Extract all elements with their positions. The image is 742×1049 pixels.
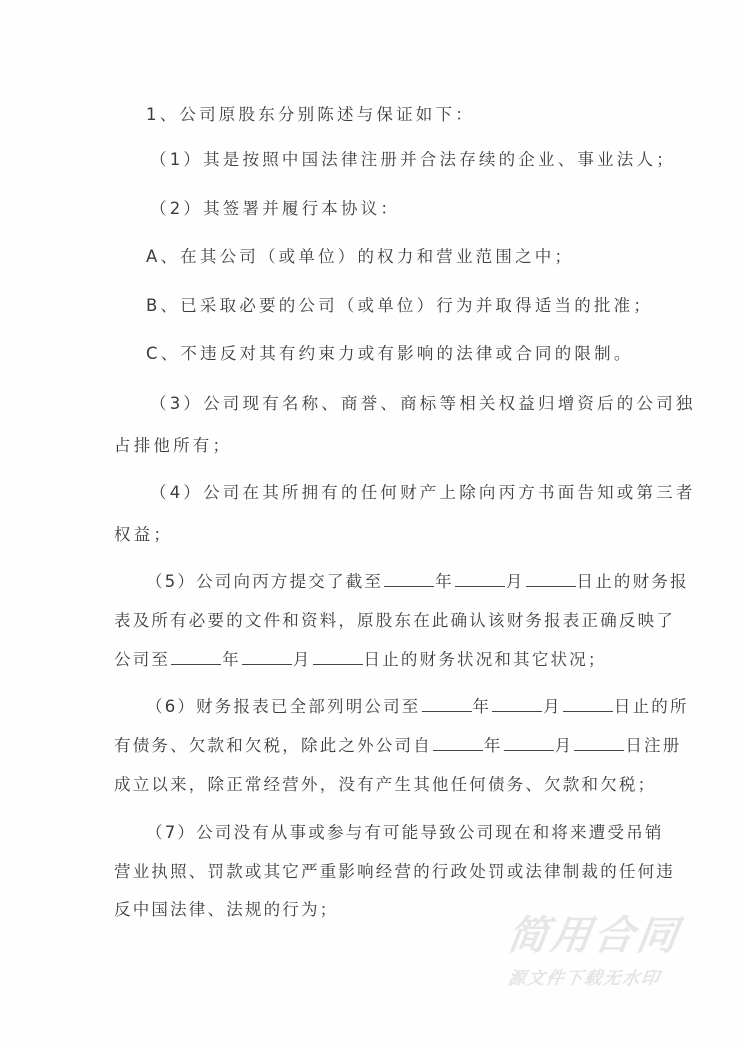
- fill-blank-month[interactable]: [455, 572, 505, 587]
- clause-text: 月: [293, 650, 312, 669]
- clause-item-2-c: C、不违反对其有约束力或有影响的法律或合同的限制。: [146, 344, 634, 364]
- clause-text: 日止的财务报: [577, 572, 689, 591]
- clause-text: （5）公司向丙方提交了截至: [146, 572, 383, 591]
- fill-blank-day[interactable]: [526, 572, 576, 587]
- clause-text: 月: [543, 697, 562, 716]
- clause-item-6-line-1: （6）财务报表已全部列明公司至年月日止的所: [146, 697, 689, 717]
- clause-text: 有债务、欠款和欠税，除此之外公司自: [114, 736, 432, 755]
- fill-blank-month[interactable]: [242, 650, 292, 665]
- clause-text: 日止的所: [614, 697, 689, 716]
- clause-text: 日止的财务状况和其它状况；: [364, 650, 607, 669]
- clause-text: （6）财务报表已全部列明公司至: [146, 697, 421, 716]
- clause-text: 年: [222, 650, 241, 669]
- clause-text: 月: [555, 736, 574, 755]
- fill-blank-year[interactable]: [422, 697, 472, 712]
- clause-text: 月: [506, 572, 525, 591]
- document-page: 1、公司原股东分别陈述与保证如下： （1）其是按照中国法律注册并合法存续的企业、…: [0, 0, 742, 1049]
- fill-blank-year[interactable]: [433, 736, 483, 751]
- clause-text: 日注册: [625, 736, 681, 755]
- clause-text: 年: [473, 697, 492, 716]
- clause-heading-1: 1、公司原股东分别陈述与保证如下：: [146, 105, 475, 125]
- fill-blank-year[interactable]: [171, 650, 221, 665]
- clause-item-7-line-1: （7）公司没有从事或参与有可能导致公司现在和将来遭受吊销: [146, 823, 664, 843]
- fill-blank-month[interactable]: [492, 697, 542, 712]
- clause-item-2: （2）其签署并履行本协议：: [150, 199, 400, 219]
- fill-blank-month[interactable]: [504, 736, 554, 751]
- clause-item-6-line-3: 成立以来，除正常经营外，没有产生其他任何债务、欠款和欠税；: [114, 775, 656, 795]
- clause-text: 年: [484, 736, 503, 755]
- fill-blank-day[interactable]: [313, 650, 363, 665]
- fill-blank-year[interactable]: [384, 572, 434, 587]
- clause-item-2-b: B、已采取必要的公司（或单位）行为并取得适当的批准；: [146, 296, 653, 316]
- clause-item-5-line-2: 表及所有必要的文件和资料，原股东在此确认该财务报表正确反映了: [114, 611, 675, 631]
- clause-item-4-line-2: 权益；: [114, 525, 173, 545]
- clause-item-3-line-1: （3）公司现有名称、商誉、商标等相关权益归增资后的公司独: [150, 394, 696, 414]
- clause-text: 公司至: [114, 650, 170, 669]
- clause-item-4-line-1: （4）公司在其所拥有的任何财产上除向丙方书面告知或第三者: [150, 483, 696, 503]
- clause-item-1: （1）其是按照中国法律注册并合法存续的企业、事业法人；: [150, 150, 676, 170]
- watermark-subtitle: 源文件下载无水印: [506, 968, 699, 990]
- clause-item-5-line-3: 公司至年月日止的财务状况和其它状况；: [114, 650, 607, 670]
- fill-blank-day[interactable]: [574, 736, 624, 751]
- clause-text: 年: [435, 572, 454, 591]
- clause-item-3-line-2: 占排他所有；: [114, 436, 232, 456]
- clause-item-5-line-1: （5）公司向丙方提交了截至年月日止的财务报: [146, 572, 689, 592]
- clause-item-2-a: A、在其公司（或单位）的权力和营业范围之中；: [146, 247, 574, 267]
- fill-blank-day[interactable]: [563, 697, 613, 712]
- clause-item-7-line-2: 营业执照、罚款或其它严重影响经营的行政处罚或法律制裁的任何违: [114, 862, 675, 882]
- clause-item-6-line-2: 有债务、欠款和欠税，除此之外公司自年月日注册: [114, 736, 681, 756]
- watermark: 简用合同 源文件下载无水印: [508, 912, 698, 990]
- clause-item-7-line-3: 反中国法律、法规的行为；: [114, 900, 338, 920]
- watermark-title: 简用合同: [505, 912, 702, 960]
